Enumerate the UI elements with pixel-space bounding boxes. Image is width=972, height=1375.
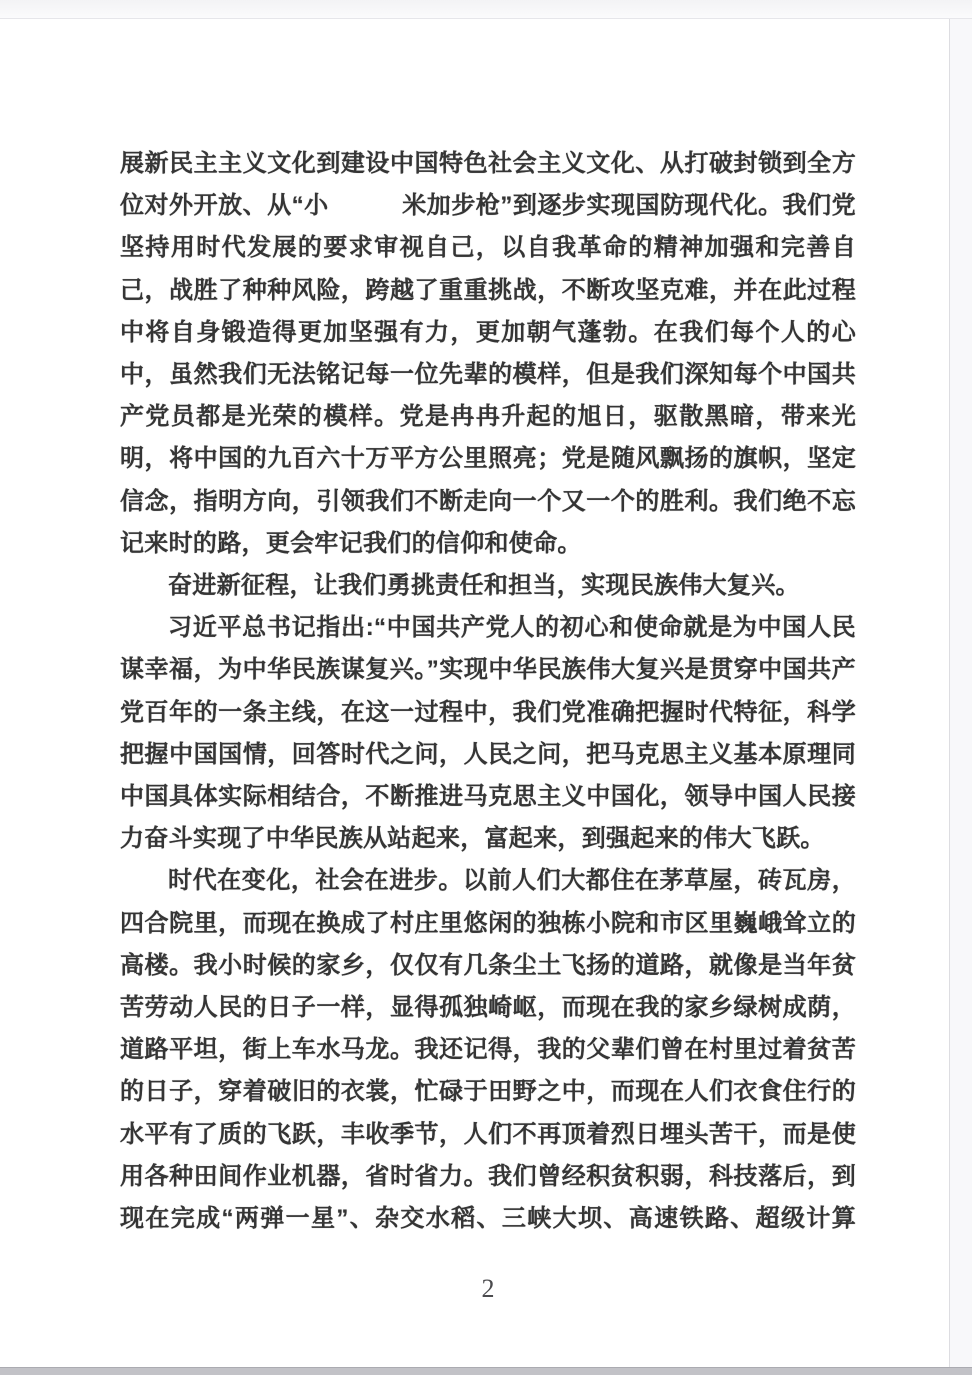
text-line: 记来时的路，更会牢记我们的信仰和使命。 — [120, 523, 856, 565]
text-line: 展新民主主义文化到建设中国特色社会主义文化、从打破封锁到全方 — [120, 143, 856, 185]
text-line: 中，虽然我们无法铭记每一位先辈的模样，但是我们深知每个中国共 — [120, 354, 856, 396]
text-line: 坚持用时代发展的要求审视自己，以自我革命的精神加强和完善自 — [120, 227, 856, 269]
text-line: 位对外开放、从“小 米加步枪”到逐步实现国防现代化。我们党 — [120, 185, 856, 227]
text-line: 己，战胜了种种风险，跨越了重重挑战，不断攻坚克难，并在此过程 — [120, 270, 856, 312]
text-line: 中国具体实际相结合，不断推进马克思主义中国化，领导中国人民接 — [120, 776, 856, 818]
text-line: 信念，指明方向，引领我们不断走向一个又一个的胜利。我们绝不忘 — [120, 481, 856, 523]
page-number: 2 — [120, 1274, 856, 1304]
text-block: 展新民主主义文化到建设中国特色社会主义文化、从打破封锁到全方位对外开放、从“小 … — [120, 143, 856, 1240]
text-line: 奋进新征程，让我们勇挑责任和担当，实现民族伟大复兴。 — [120, 565, 856, 607]
text-line: 水平有了质的飞跃，丰收季节，人们不再顶着烈日埋头苦干，而是使 — [120, 1114, 856, 1156]
text-line: 苦劳动人民的日子一样，显得孤独崎岖，而现在我的家乡绿树成荫， — [120, 987, 856, 1029]
text-line: 习近平总书记指出:“中国共产党人的初心和使命就是为中国人民 — [120, 607, 856, 649]
text-line: 时代在变化，社会在进步。以前人们大都住在茅草屋，砖瓦房， — [120, 860, 856, 902]
text-line: 道路平坦，街上车水马龙。我还记得，我的父辈们曾在村里过着贫苦 — [120, 1029, 856, 1071]
text-line: 把握中国国情，回答时代之问，人民之问，把马克思主义基本原理同 — [120, 734, 856, 776]
text-line: 产党员都是光荣的模样。党是冉冉升起的旭日，驱散黑暗，带来光 — [120, 396, 856, 438]
text-line: 谋幸福，为中华民族谋复兴。”实现中华民族伟大复兴是贯穿中国共产 — [120, 649, 856, 691]
text-line: 力奋斗实现了中华民族从站起来，富起来，到强起来的伟大飞跃。 — [120, 818, 856, 860]
text-line: 明，将中国的九百六十万平方公里照亮；党是随风飘扬的旗帜，坚定 — [120, 438, 856, 480]
text-line: 用各种田间作业机器，省时省力。我们曾经积贫积弱，科技落后，到 — [120, 1156, 856, 1198]
text-line: 现在完成“两弹一星”、杂交水稻、三峡大坝、高速铁路、超级计算 — [120, 1198, 856, 1240]
page-right-edge — [949, 19, 972, 1368]
text-line: 高楼。我小时候的家乡，仅仅有几条尘土飞扬的道路，就像是当年贫 — [120, 945, 856, 987]
text-line: 四合院里，而现在换成了村庄里悠闲的独栋小院和市区里巍峨耸立的 — [120, 903, 856, 945]
page-top-edge — [0, 0, 972, 19]
text-line: 中将自身锻造得更加坚强有力，更加朝气蓬勃。在我们每个人的心 — [120, 312, 856, 354]
text-line: 党百年的一条主线，在这一过程中，我们党准确把握时代特征，科学 — [120, 692, 856, 734]
text-line: 的日子，穿着破旧的衣裳，忙碌于田野之中，而现在人们衣食住行的 — [120, 1071, 856, 1113]
page-bottom-edge — [0, 1367, 972, 1375]
